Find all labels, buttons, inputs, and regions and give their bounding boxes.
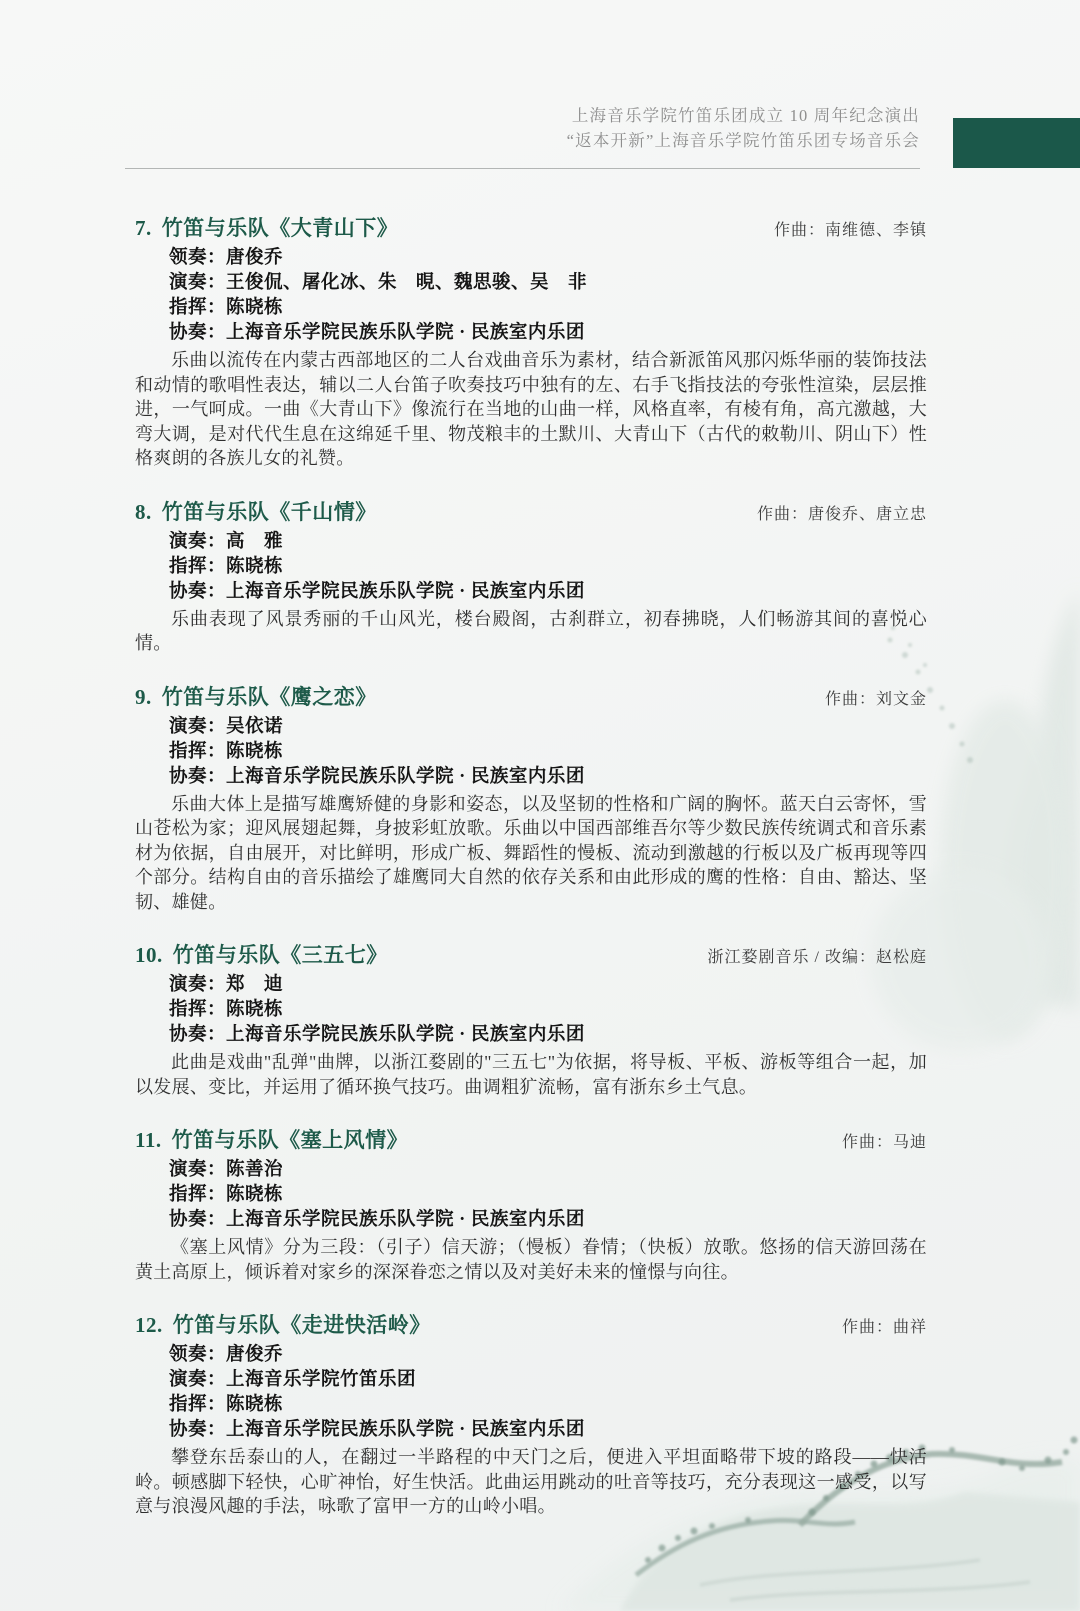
credit-value: 高 雅 [226, 532, 283, 552]
credit-value: 郑 迪 [226, 975, 283, 995]
section-description: 攀登东岳泰山的人，在翻过一半路程的中天门之后，便进入平坦面略带下坡的路段——快活… [135, 1445, 927, 1519]
section-head: 9.竹笛与乐队《鹰之恋》作曲：刘文金 [135, 681, 927, 711]
section-title-text: 竹笛与乐队《塞上风情》 [172, 1128, 409, 1152]
credit-value: 上海音乐学院民族乐队学院 · 民族室内乐团 [226, 323, 585, 343]
credit-label: 演奏： [169, 1160, 226, 1180]
section-number: 8. [135, 500, 152, 525]
credit-line: 协奏：上海音乐学院民族乐队学院 · 民族室内乐团 [169, 1023, 927, 1048]
credit-label: 指挥： [169, 1185, 226, 1205]
credit-value: 陈晓栋 [226, 742, 283, 762]
credit-line: 协奏：上海音乐学院民族乐队学院 · 民族室内乐团 [169, 321, 927, 346]
credit-label: 协奏： [169, 1420, 226, 1440]
section-number: 9. [135, 685, 152, 710]
credit-line: 指挥：陈晓栋 [169, 998, 927, 1023]
credit-value: 上海音乐学院民族乐队学院 · 民族室内乐团 [226, 1420, 585, 1440]
credit-label: 协奏： [169, 767, 226, 787]
section-title: 9.竹笛与乐队《鹰之恋》 [135, 681, 377, 711]
credit-line: 指挥：陈晓栋 [169, 1183, 927, 1208]
credit-value: 唐俊乔 [226, 248, 283, 268]
credit-line: 领奏：唐俊乔 [169, 1343, 927, 1368]
section-head: 10.竹笛与乐队《三五七》浙江婺剧音乐 / 改编：赵松庭 [135, 939, 927, 969]
credit-line: 指挥：陈晓栋 [169, 1393, 927, 1418]
section-title-text: 竹笛与乐队《千山情》 [162, 500, 377, 524]
credit-line: 指挥：陈晓栋 [169, 296, 927, 321]
credit-line: 协奏：上海音乐学院民族乐队学院 · 民族室内乐团 [169, 1208, 927, 1233]
credits-block: 演奏：吴依诺指挥：陈晓栋协奏：上海音乐学院民族乐队学院 · 民族室内乐团 [169, 715, 927, 790]
page-header: 上海音乐学院竹笛乐团成立 10 周年纪念演出 “返本开新”上海音乐学院竹笛乐团专… [125, 104, 920, 154]
credit-label: 演奏： [169, 532, 226, 552]
credit-label: 领奏： [169, 248, 226, 268]
credit-label: 协奏： [169, 1210, 226, 1230]
section-number: 11. [135, 1128, 162, 1153]
header-line-1: 上海音乐学院竹笛乐团成立 10 周年纪念演出 [125, 104, 920, 129]
credit-label: 指挥： [169, 742, 226, 762]
credit-label: 指挥： [169, 1000, 226, 1020]
section-description: 乐曲以流传在内蒙古西部地区的二人台戏曲音乐为素材，结合新派笛风那闪烁华丽的装饰技… [135, 348, 927, 471]
credit-line: 演奏：高 雅 [169, 530, 927, 555]
section-head: 12.竹笛与乐队《走进快活岭》作曲：曲祥 [135, 1309, 927, 1339]
credits-block: 演奏：陈善治指挥：陈晓栋协奏：上海音乐学院民族乐队学院 · 民族室内乐团 [169, 1158, 927, 1233]
program-section: 10.竹笛与乐队《三五七》浙江婺剧音乐 / 改编：赵松庭演奏：郑 迪指挥：陈晓栋… [135, 939, 927, 1099]
credit-label: 演奏： [169, 975, 226, 995]
credit-value: 陈善治 [226, 1160, 283, 1180]
section-head: 8.竹笛与乐队《千山情》作曲：唐俊乔、唐立忠 [135, 496, 927, 526]
program-section: 7.竹笛与乐队《大青山下》作曲：南维德、李镇领奏：唐俊乔演奏：王俊侃、屠化冰、朱… [135, 212, 927, 471]
credit-value: 上海音乐学院民族乐队学院 · 民族室内乐团 [226, 1025, 585, 1045]
composer-credit: 作曲：马迪 [842, 1129, 927, 1152]
credit-value: 王俊侃、屠化冰、朱 晛、魏思骏、吴 非 [226, 273, 587, 293]
credit-line: 演奏：王俊侃、屠化冰、朱 晛、魏思骏、吴 非 [169, 271, 927, 296]
credit-line: 演奏：郑 迪 [169, 973, 927, 998]
program-page: { "page": { "colors": { "accent_green": … [0, 0, 1080, 1611]
credit-value: 陈晓栋 [226, 557, 283, 577]
section-head: 7.竹笛与乐队《大青山下》作曲：南维德、李镇 [135, 212, 927, 242]
section-title: 7.竹笛与乐队《大青山下》 [135, 212, 398, 242]
composer-credit: 作曲：唐俊乔、唐立忠 [757, 501, 927, 524]
section-title-text: 竹笛与乐队《三五七》 [173, 943, 388, 967]
credit-value: 唐俊乔 [226, 1345, 283, 1365]
credit-line: 协奏：上海音乐学院民族乐队学院 · 民族室内乐团 [169, 580, 927, 605]
credit-label: 指挥： [169, 298, 226, 318]
section-number: 10. [135, 943, 163, 968]
section-number: 7. [135, 216, 152, 241]
composer-credit: 浙江婺剧音乐 / 改编：赵松庭 [708, 944, 927, 967]
section-title-text: 竹笛与乐队《走进快活岭》 [173, 1313, 431, 1337]
section-title: 12.竹笛与乐队《走进快活岭》 [135, 1309, 431, 1339]
credit-label: 演奏： [169, 1370, 226, 1390]
section-title: 8.竹笛与乐队《千山情》 [135, 496, 377, 526]
green-accent-bar [953, 118, 1080, 168]
section-title: 10.竹笛与乐队《三五七》 [135, 939, 388, 969]
program-section: 12.竹笛与乐队《走进快活岭》作曲：曲祥领奏：唐俊乔演奏：上海音乐学院竹笛乐团指… [135, 1309, 927, 1519]
credit-line: 协奏：上海音乐学院民族乐队学院 · 民族室内乐团 [169, 1418, 927, 1443]
credit-value: 上海音乐学院民族乐队学院 · 民族室内乐团 [226, 582, 585, 602]
credit-line: 演奏：上海音乐学院竹笛乐团 [169, 1368, 927, 1393]
credit-line: 演奏：吴依诺 [169, 715, 927, 740]
credit-value: 上海音乐学院民族乐队学院 · 民族室内乐团 [226, 1210, 585, 1230]
credit-label: 领奏： [169, 1345, 226, 1365]
credit-label: 指挥： [169, 1395, 226, 1415]
composer-credit: 作曲：刘文金 [825, 686, 927, 709]
section-description: 《塞上风情》分为三段：（引子）信天游；（慢板）眷情；（快板）放歌。悠扬的信天游回… [135, 1235, 927, 1284]
credit-value: 陈晓栋 [226, 1000, 283, 1020]
credit-line: 协奏：上海音乐学院民族乐队学院 · 民族室内乐团 [169, 765, 927, 790]
composer-credit: 作曲：南维德、李镇 [774, 217, 927, 240]
sections: 7.竹笛与乐队《大青山下》作曲：南维德、李镇领奏：唐俊乔演奏：王俊侃、屠化冰、朱… [135, 212, 927, 1544]
credit-label: 演奏： [169, 717, 226, 737]
section-head: 11.竹笛与乐队《塞上风情》作曲：马迪 [135, 1124, 927, 1154]
credit-label: 协奏： [169, 582, 226, 602]
section-number: 12. [135, 1313, 163, 1338]
credit-line: 指挥：陈晓栋 [169, 555, 927, 580]
credit-label: 指挥： [169, 557, 226, 577]
credit-line: 演奏：陈善治 [169, 1158, 927, 1183]
credits-block: 演奏：高 雅指挥：陈晓栋协奏：上海音乐学院民族乐队学院 · 民族室内乐团 [169, 530, 927, 605]
composer-credit: 作曲：曲祥 [842, 1314, 927, 1337]
credit-line: 领奏：唐俊乔 [169, 246, 927, 271]
section-description: 此曲是戏曲"乱弹"曲牌，以浙江婺剧的"三五七"为依据，将导板、平板、游板等组合一… [135, 1050, 927, 1099]
credit-value: 吴依诺 [226, 717, 283, 737]
section-title-text: 竹笛与乐队《鹰之恋》 [162, 685, 377, 709]
header-divider-line [125, 168, 920, 169]
header-line-2: “返本开新”上海音乐学院竹笛乐团专场音乐会 [125, 129, 920, 154]
program-section: 9.竹笛与乐队《鹰之恋》作曲：刘文金演奏：吴依诺指挥：陈晓栋协奏：上海音乐学院民… [135, 681, 927, 915]
credits-block: 演奏：郑 迪指挥：陈晓栋协奏：上海音乐学院民族乐队学院 · 民族室内乐团 [169, 973, 927, 1048]
credit-label: 演奏： [169, 273, 226, 293]
credit-label: 协奏： [169, 323, 226, 343]
program-section: 11.竹笛与乐队《塞上风情》作曲：马迪演奏：陈善治指挥：陈晓栋协奏：上海音乐学院… [135, 1124, 927, 1284]
credit-value: 陈晓栋 [226, 1185, 283, 1205]
section-description: 乐曲表现了风景秀丽的千山风光，楼台殿阁，古刹群立，初春拂晓，人们畅游其间的喜悦心… [135, 607, 927, 656]
credit-label: 协奏： [169, 1025, 226, 1045]
credits-block: 领奏：唐俊乔演奏：王俊侃、屠化冰、朱 晛、魏思骏、吴 非指挥：陈晓栋协奏：上海音… [169, 246, 927, 346]
credit-value: 上海音乐学院民族乐队学院 · 民族室内乐团 [226, 767, 585, 787]
section-title-text: 竹笛与乐队《大青山下》 [162, 216, 399, 240]
credit-value: 上海音乐学院竹笛乐团 [226, 1370, 416, 1390]
section-description: 乐曲大体上是描写雄鹰矫健的身影和姿态，以及坚韧的性格和广阔的胸怀。蓝天白云寄怀，… [135, 792, 927, 915]
program-section: 8.竹笛与乐队《千山情》作曲：唐俊乔、唐立忠演奏：高 雅指挥：陈晓栋协奏：上海音… [135, 496, 927, 656]
section-title: 11.竹笛与乐队《塞上风情》 [135, 1124, 408, 1154]
credit-line: 指挥：陈晓栋 [169, 740, 927, 765]
credit-value: 陈晓栋 [226, 1395, 283, 1415]
credit-value: 陈晓栋 [226, 298, 283, 318]
credits-block: 领奏：唐俊乔演奏：上海音乐学院竹笛乐团指挥：陈晓栋协奏：上海音乐学院民族乐队学院… [169, 1343, 927, 1443]
